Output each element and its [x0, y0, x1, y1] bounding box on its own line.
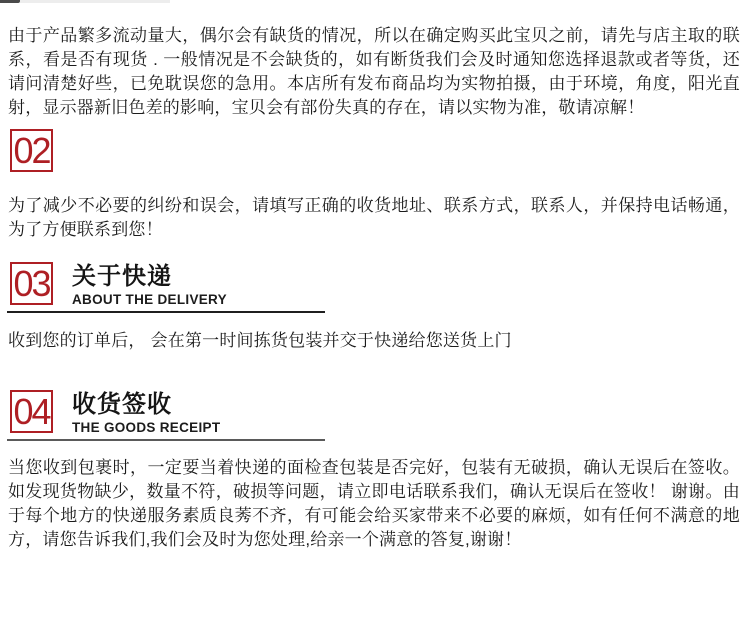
section-04-title-en: THE GOODS RECEIPT [72, 420, 220, 435]
section-03-title-en: ABOUT THE DELIVERY [72, 292, 227, 307]
section-03-number: 03 [13, 266, 49, 302]
stock-notice-paragraph: 由于产品繁多流动量大，偶尔会有缺货的情况，所以在确定购买此宝贝之前，请先与店主取… [0, 0, 750, 120]
cropped-section-remnant [0, 0, 750, 4]
product-notice-page: 由于产品繁多流动量大，偶尔会有缺货的情况，所以在确定购买此宝贝之前，请先与店主取… [0, 0, 750, 635]
section-04-title-cn: 收货签收 [72, 391, 220, 418]
address-notice-paragraph: 为了减少不必要的纠纷和误会，请填写正确的收货地址、联系方式，联系人，并保持电话畅… [0, 194, 750, 242]
cropped-text-fragment [0, 0, 20, 3]
section-02-number: 02 [13, 133, 49, 169]
cropped-text-shadow [20, 0, 170, 3]
receipt-notice-paragraph: 当您收到包裹时，一定要当着快递的面检查包装是否完好，包装有无破损，确认无误后在签… [0, 456, 750, 552]
section-04-header: 04 收货签收 THE GOODS RECEIPT [10, 390, 750, 435]
section-03-title-cn: 关于快递 [72, 263, 227, 290]
section-04-underline [7, 439, 325, 441]
section-04-number: 04 [13, 394, 49, 430]
section-02-number-box: 02 [10, 129, 53, 172]
section-04-number-box: 04 [10, 390, 53, 433]
section-03-number-box: 03 [10, 262, 53, 305]
section-03-titles: 关于快递 ABOUT THE DELIVERY [72, 262, 227, 307]
section-03-header: 03 关于快递 ABOUT THE DELIVERY [10, 262, 750, 307]
section-04-titles: 收货签收 THE GOODS RECEIPT [72, 390, 220, 435]
section-03-underline [7, 311, 325, 313]
delivery-notice-paragraph: 收到您的订单后， 会在第一时间拣货包装并交于快递给您送货上门 [0, 329, 750, 353]
